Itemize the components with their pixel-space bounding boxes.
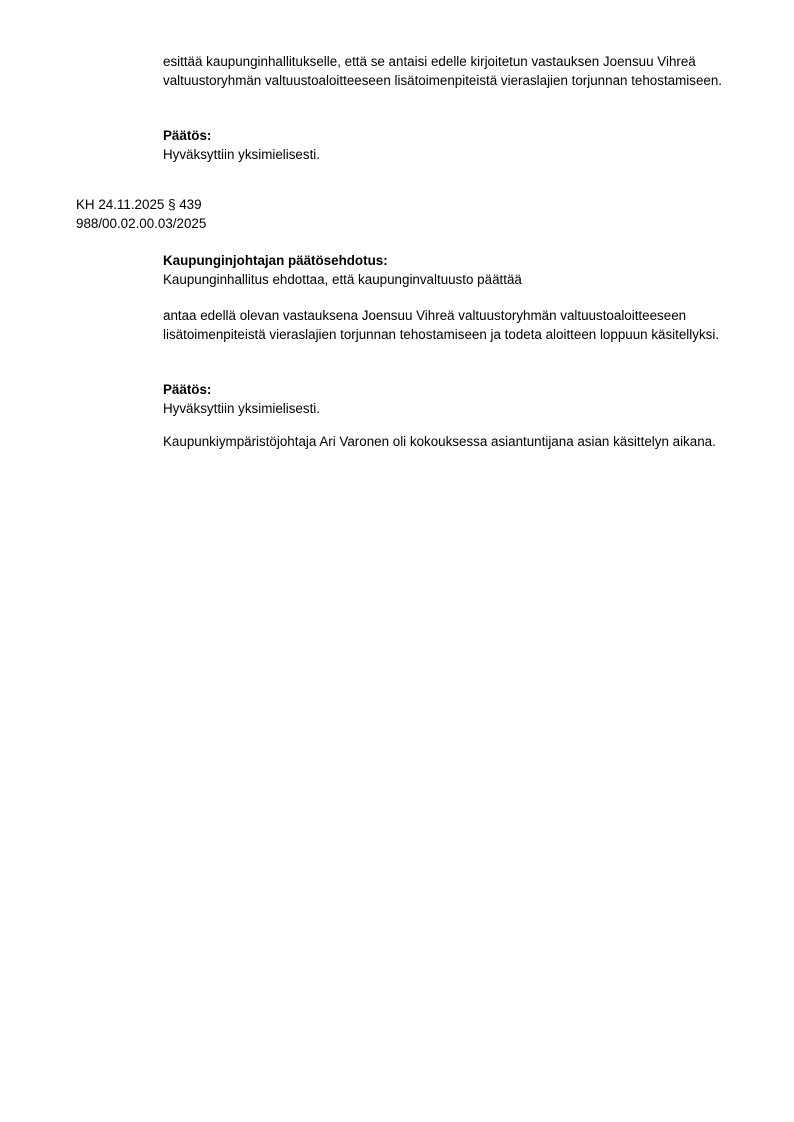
record-number: 988/00.02.00.03/2025 xyxy=(76,215,376,234)
decision-heading: Päätös: xyxy=(163,127,753,146)
proposal-section: Kaupunginjohtajan päätösehdotus: Kaupung… xyxy=(163,252,753,289)
intro-paragraph: esittää kaupunginhallitukselle, että se … xyxy=(163,53,753,90)
expert-note: Kaupunkiympäristöjohtaja Ari Varonen oli… xyxy=(163,433,753,452)
section1-intro: esittää kaupunginhallitukselle, että se … xyxy=(163,53,753,90)
section1-decision: Päätös: Hyväksyttiin yksimielisesti. xyxy=(163,127,753,164)
meeting-meta: KH 24.11.2025 § 439 988/00.02.00.03/2025 xyxy=(76,196,376,233)
decision-text: Hyväksyttiin yksimielisesti. xyxy=(163,400,753,419)
proposal-heading: Kaupunginjohtajan päätösehdotus: xyxy=(163,252,753,271)
meeting-reference: KH 24.11.2025 § 439 xyxy=(76,196,376,215)
decision-text: Hyväksyttiin yksimielisesti. xyxy=(163,146,753,165)
section2-decision: Päätös: Hyväksyttiin yksimielisesti. xyxy=(163,381,753,418)
expert-note-text: Kaupunkiympäristöjohtaja Ari Varonen oli… xyxy=(163,433,753,452)
decision-heading: Päätös: xyxy=(163,381,753,400)
proposal-body: antaa edellä olevan vastauksena Joensuu … xyxy=(163,307,753,344)
proposal-body-section: antaa edellä olevan vastauksena Joensuu … xyxy=(163,307,753,344)
proposal-text: Kaupunginhallitus ehdottaa, että kaupung… xyxy=(163,271,753,290)
